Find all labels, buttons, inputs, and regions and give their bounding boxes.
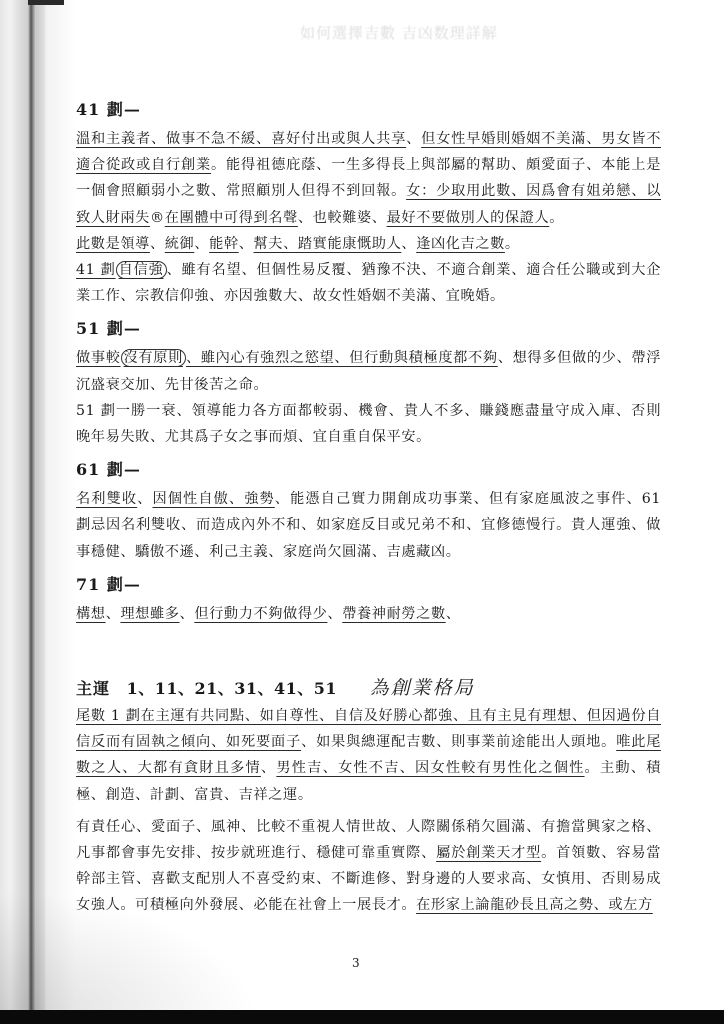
paragraph: 溫和主義者、做事不急不緩、喜好付出或與人共享、但女性早婚則婚姻不美滿、男女皆不適…: [76, 126, 661, 231]
text-segment: 、: [327, 606, 342, 622]
underlined-text: 屬於創業天才型: [436, 845, 541, 861]
text-segment: ®: [150, 210, 165, 226]
major-section-main-fortune: 主運 1、11、21、31、41、51 為創業格局 尾數 1 劃在主運有共同點、…: [76, 673, 661, 919]
text-segment: 、: [180, 606, 195, 622]
text-segment: 。: [549, 210, 564, 226]
circled-text: 自信強: [116, 261, 167, 279]
page-number: 3: [352, 956, 360, 970]
text-segment: 、: [406, 131, 421, 147]
underlined-text: 但行動力不夠做得少: [194, 606, 327, 622]
paragraph: 構想、理想雖多、但行動力不夠做得少、帶養神耐勞之數、: [76, 601, 661, 627]
major-section-heading: 主運 1、11、21、31、41、51 為創業格局: [76, 673, 661, 703]
paragraph: 尾數 1 劃在主運有共同點、如自尊性、自信及好勝心都強、且有主見有理想、但因過份…: [76, 703, 661, 808]
paragraph: 41 劃自信強、雖有名望、但個性易反覆、猶豫不決、不適合創業、適合任公職或到大企…: [76, 257, 661, 309]
paragraph: 做事較沒有原則、雖內心有強烈之慾望、但行動與積極度都不夠、想得多但做的少、帶浮沉…: [76, 345, 661, 397]
underlined-text: 理想雖多: [120, 606, 179, 622]
underlined-text: 能幹: [209, 236, 239, 252]
text-segment: 、: [446, 606, 461, 622]
section-71: 71 劃— 構想、理想雖多、但行動力不夠做得少、帶養神耐勞之數、: [76, 571, 661, 627]
paragraph: 名利雙收、因個性自傲、強勢、能憑自己實力開創成功事業、但有家庭風波之事件、61 …: [76, 486, 661, 565]
underlined-text: 在團體中可得到名聲: [165, 210, 298, 226]
underlined-text: 溫和主義者、做事不急不緩、喜好付出或與人共享: [76, 131, 406, 147]
text-segment: 、也較難婆、: [298, 210, 387, 226]
text-segment: 、: [194, 236, 209, 252]
major-section-title: 主運: [76, 679, 110, 698]
underlined-text: 、雖內心有強烈之慾望、但行動與積極度都不夠: [186, 350, 498, 366]
handwritten-annotation: 為創業格局: [370, 677, 475, 699]
text-segment: 、: [137, 491, 152, 507]
section-61: 61 劃— 名利雙收、因個性自傲、強勢、能憑自己實力開創成功事業、但有家庭風波之…: [76, 456, 661, 565]
scan-top-edge: [28, 0, 64, 5]
text-segment: 51 劃一勝一衰、領導能力各方面都較弱、機會、貴人不多、賺錢應盡量守成入庫、否則…: [76, 403, 661, 445]
underlined-text: 此數是領導: [76, 236, 150, 252]
section-41: 41 劃— 溫和主義者、做事不急不緩、喜好付出或與人共享、但女性早婚則婚姻不美滿…: [76, 96, 661, 309]
text-segment: 、: [106, 606, 121, 622]
document-page: 41 劃— 溫和主義者、做事不急不緩、喜好付出或與人共享、但女性早婚則婚姻不美滿…: [76, 96, 661, 919]
underlined-text: 構想: [76, 606, 106, 622]
underlined-text: 逢凶化吉之數: [416, 236, 505, 252]
underlined-text: 41 劃: [76, 262, 116, 278]
text-segment: 、: [401, 236, 416, 252]
circled-text: 沒有原則: [121, 349, 186, 367]
text-segment: 、: [239, 236, 254, 252]
underlined-text: 因個性自傲、強勢: [152, 491, 274, 507]
scan-bottom-edge: [0, 1010, 724, 1024]
underlined-text: 名利雙收: [76, 491, 137, 507]
underlined-text: 幫夫、踏實能康慨助人: [254, 236, 402, 252]
text-segment: 、: [261, 760, 276, 776]
underlined-text: 男性吉、女性不吉、因女性較有男性化之個性: [276, 760, 584, 776]
text-segment: 、: [150, 236, 165, 252]
paragraph: 此數是領導、統御、能幹、幫夫、踏實能康慨助人、逢凶化吉之數。: [76, 231, 661, 257]
bleed-through-text: 如何選擇吉數 吉凶数理詳解: [300, 22, 705, 52]
section-heading: 51 劃—: [76, 315, 661, 343]
paragraph: 51 劃一勝一衰、領導能力各方面都較弱、機會、貴人不多、賺錢應盡量守成入庫、否則…: [76, 398, 661, 450]
section-51: 51 劃— 做事較沒有原則、雖內心有強烈之慾望、但行動與積極度都不夠、想得多但做…: [76, 315, 661, 450]
underlined-text: 做事較: [76, 350, 121, 366]
section-heading: 41 劃—: [76, 96, 661, 124]
underlined-text: 帶養神耐勞之數: [342, 606, 446, 622]
text-segment: 。: [505, 236, 520, 252]
underlined-text: 最好不要做別人的保證人: [387, 210, 550, 226]
scan-binding-shadow: [36, 0, 76, 1024]
major-section-numbers: 1、11、21、31、41、51: [127, 679, 337, 698]
paragraph: 有責任心、愛面子、風神、比較不重視人情世故、人際關係稍欠圓滿、有擔當興家之格、凡…: [76, 814, 661, 919]
section-heading: 61 劃—: [76, 456, 661, 484]
underlined-text: 統御: [165, 236, 195, 252]
section-heading: 71 劃—: [76, 571, 661, 599]
text-segment: 、如果與總運配吉數、則事業前途能出人頭地。: [301, 734, 616, 750]
underlined-text: 在形家上論龍砂長且高之勢、或左方: [416, 897, 653, 913]
